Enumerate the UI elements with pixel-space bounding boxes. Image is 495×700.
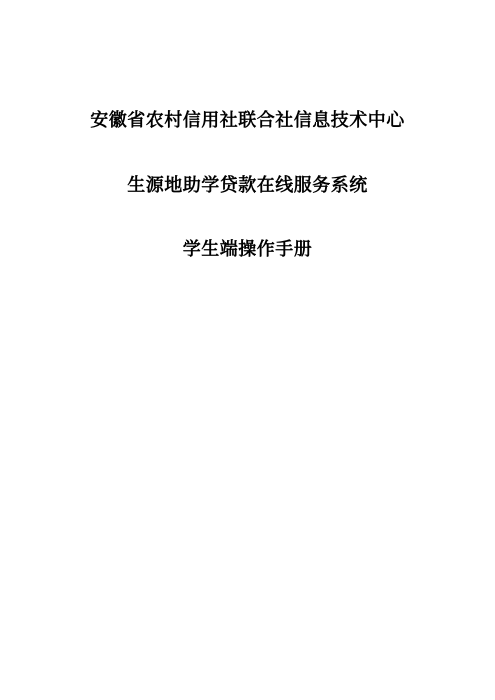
document-page: 安徽省农村信用社联合社信息技术中心 生源地助学贷款在线服务系统 学生端操作手册 [0, 0, 495, 700]
manual-title: 学生端操作手册 [0, 237, 495, 261]
system-title: 生源地助学贷款在线服务系统 [0, 173, 495, 197]
org-title: 安徽省农村信用社联合社信息技术中心 [0, 108, 495, 132]
